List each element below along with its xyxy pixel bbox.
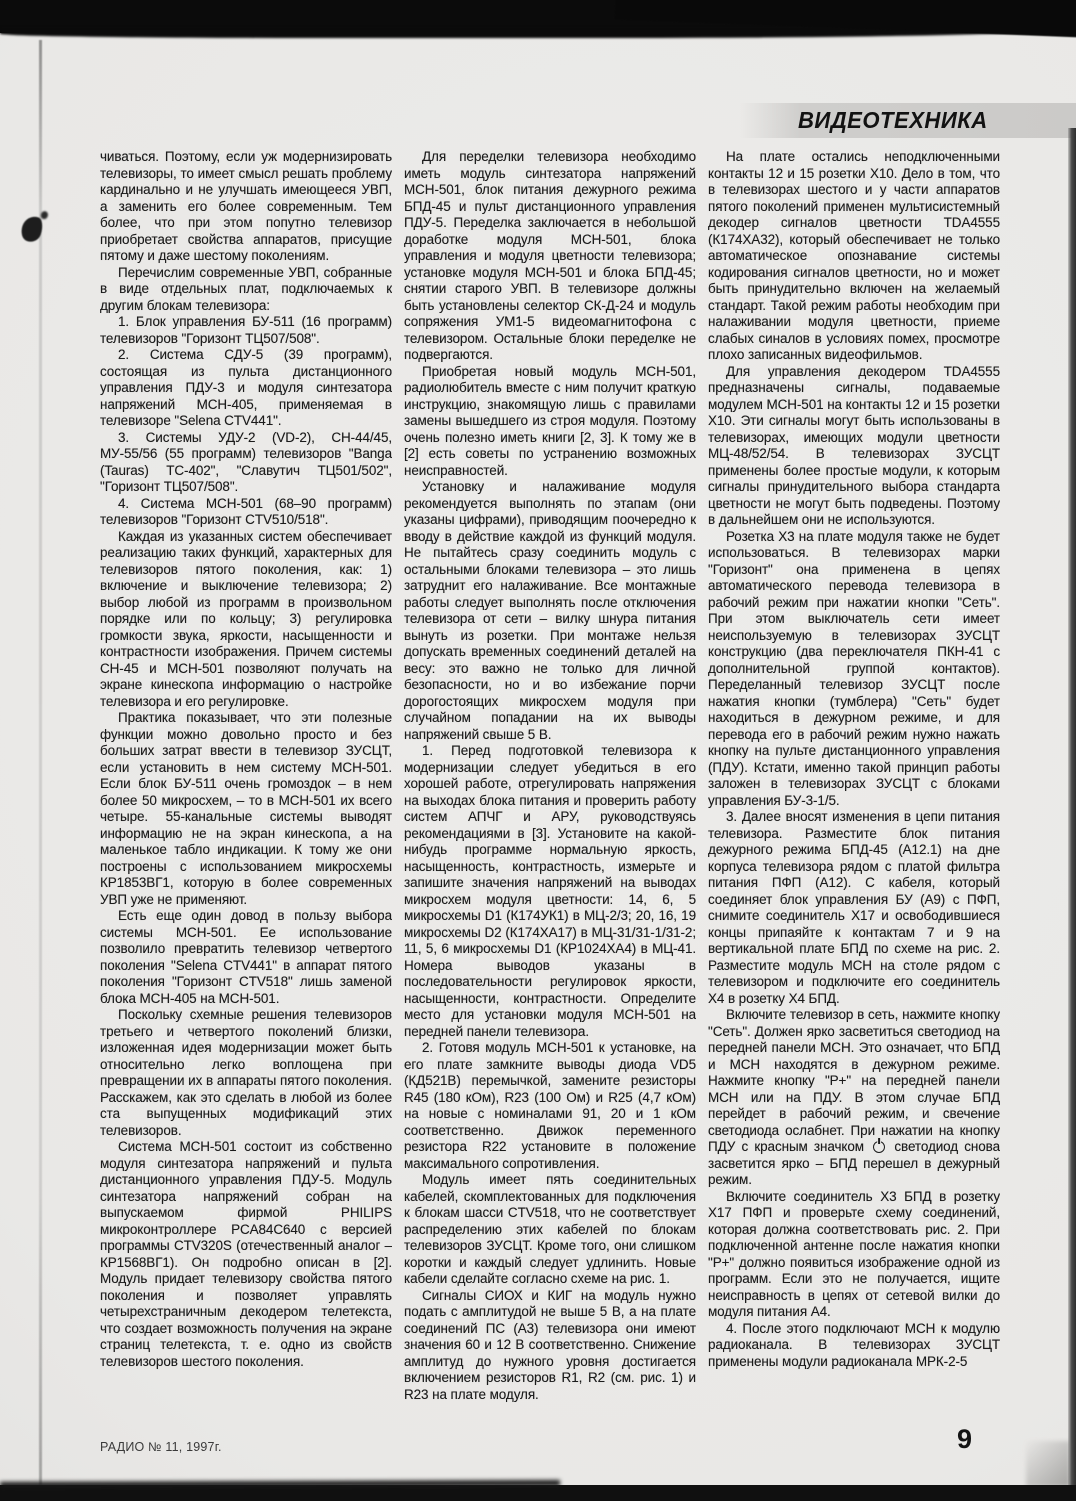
paragraph: 2. Система СДУ-5 (39 программ), состояща… (100, 347, 392, 430)
paragraph: Практика показывает, что эти полезные фу… (100, 710, 392, 908)
journal-issue-label: РАДИО № 11, 1997г. (100, 1440, 222, 1454)
paragraph: Установку и налаживание модуля рекоменду… (404, 479, 696, 743)
paragraph: 2. Готовя модуль МСН-501 к установке, на… (404, 1040, 696, 1172)
paragraph: На плате остались неподключенными контак… (708, 149, 1000, 364)
paragraph: Для переделки телевизора необходимо имет… (404, 149, 696, 364)
paragraph: 4. После этого подключают МСН к модулю р… (708, 1321, 1000, 1371)
paragraph: Розетка Х3 на плате модуля также не буде… (708, 529, 1000, 810)
paragraph: Система МСН-501 состоит из собственно мо… (100, 1139, 392, 1370)
paragraph: Приобретая новый модуль МСН-501, радиолю… (404, 364, 696, 480)
paragraph: Каждая из указанных систем обеспечивает … (100, 529, 392, 711)
paragraph: 1. Перед подготовкой телевизора к модерн… (404, 743, 696, 1040)
article-column-2: Для переделки телевизора необходимо имет… (404, 149, 696, 1441)
paragraph: Модуль имеет пять соединительных кабелей… (404, 1172, 696, 1288)
paragraph: Поскольку схемные решения телевизоров тр… (100, 1007, 392, 1139)
section-title: ВИДЕОТЕХНИКА (798, 107, 988, 134)
scan-right-edge (1068, 128, 1076, 1501)
paragraph: Сигналы СИОХ и КИГ на модуль нужно подат… (404, 1288, 696, 1404)
scan-corner-shadow (1026, 1441, 1070, 1487)
article-column-1: чиваться. Поэтому, если уж модернизирова… (100, 149, 392, 1441)
paragraph: 3. Системы УДУ-2 (VD-2), СН-44/45, МУ-55… (100, 430, 392, 496)
page-fold-line (39, 40, 42, 1485)
paragraph: Для управления декодером TDA4555 предназ… (708, 364, 1000, 529)
page-number: 9 (957, 1424, 972, 1455)
paragraph: 3. Далее вносят изменения в цепи питания… (708, 809, 1000, 1007)
page-paper: ВИДЕОТЕХНИКА чиваться. Поэтому, если уж … (0, 0, 1076, 1501)
paragraph: 4. Система МСН-501 (68–90 программ) теле… (100, 496, 392, 529)
paragraph: Включите телевизор в сеть, нажмите кнопк… (708, 1007, 1000, 1189)
paragraph: 1. Блок управления БУ-511 (16 программ) … (100, 314, 392, 347)
paragraph: Есть еще один довод в пользу выбора сист… (100, 908, 392, 1007)
paragraph: чиваться. Поэтому, если уж модернизирова… (100, 149, 392, 265)
section-header-band: ВИДЕОТЕХНИКА (740, 103, 1076, 138)
paragraph: Перечислим современные УВП, собранные в … (100, 265, 392, 315)
paragraph: Включите соединитель Х3 БПД в розетку Х1… (708, 1189, 1000, 1321)
scan-bottom-edge (0, 1485, 1076, 1501)
power-icon (873, 1141, 885, 1153)
scanned-page: ВИДЕОТЕХНИКА чиваться. Поэтому, если уж … (0, 0, 1076, 1501)
article-column-3: На плате остались неподключенными контак… (708, 149, 1000, 1441)
